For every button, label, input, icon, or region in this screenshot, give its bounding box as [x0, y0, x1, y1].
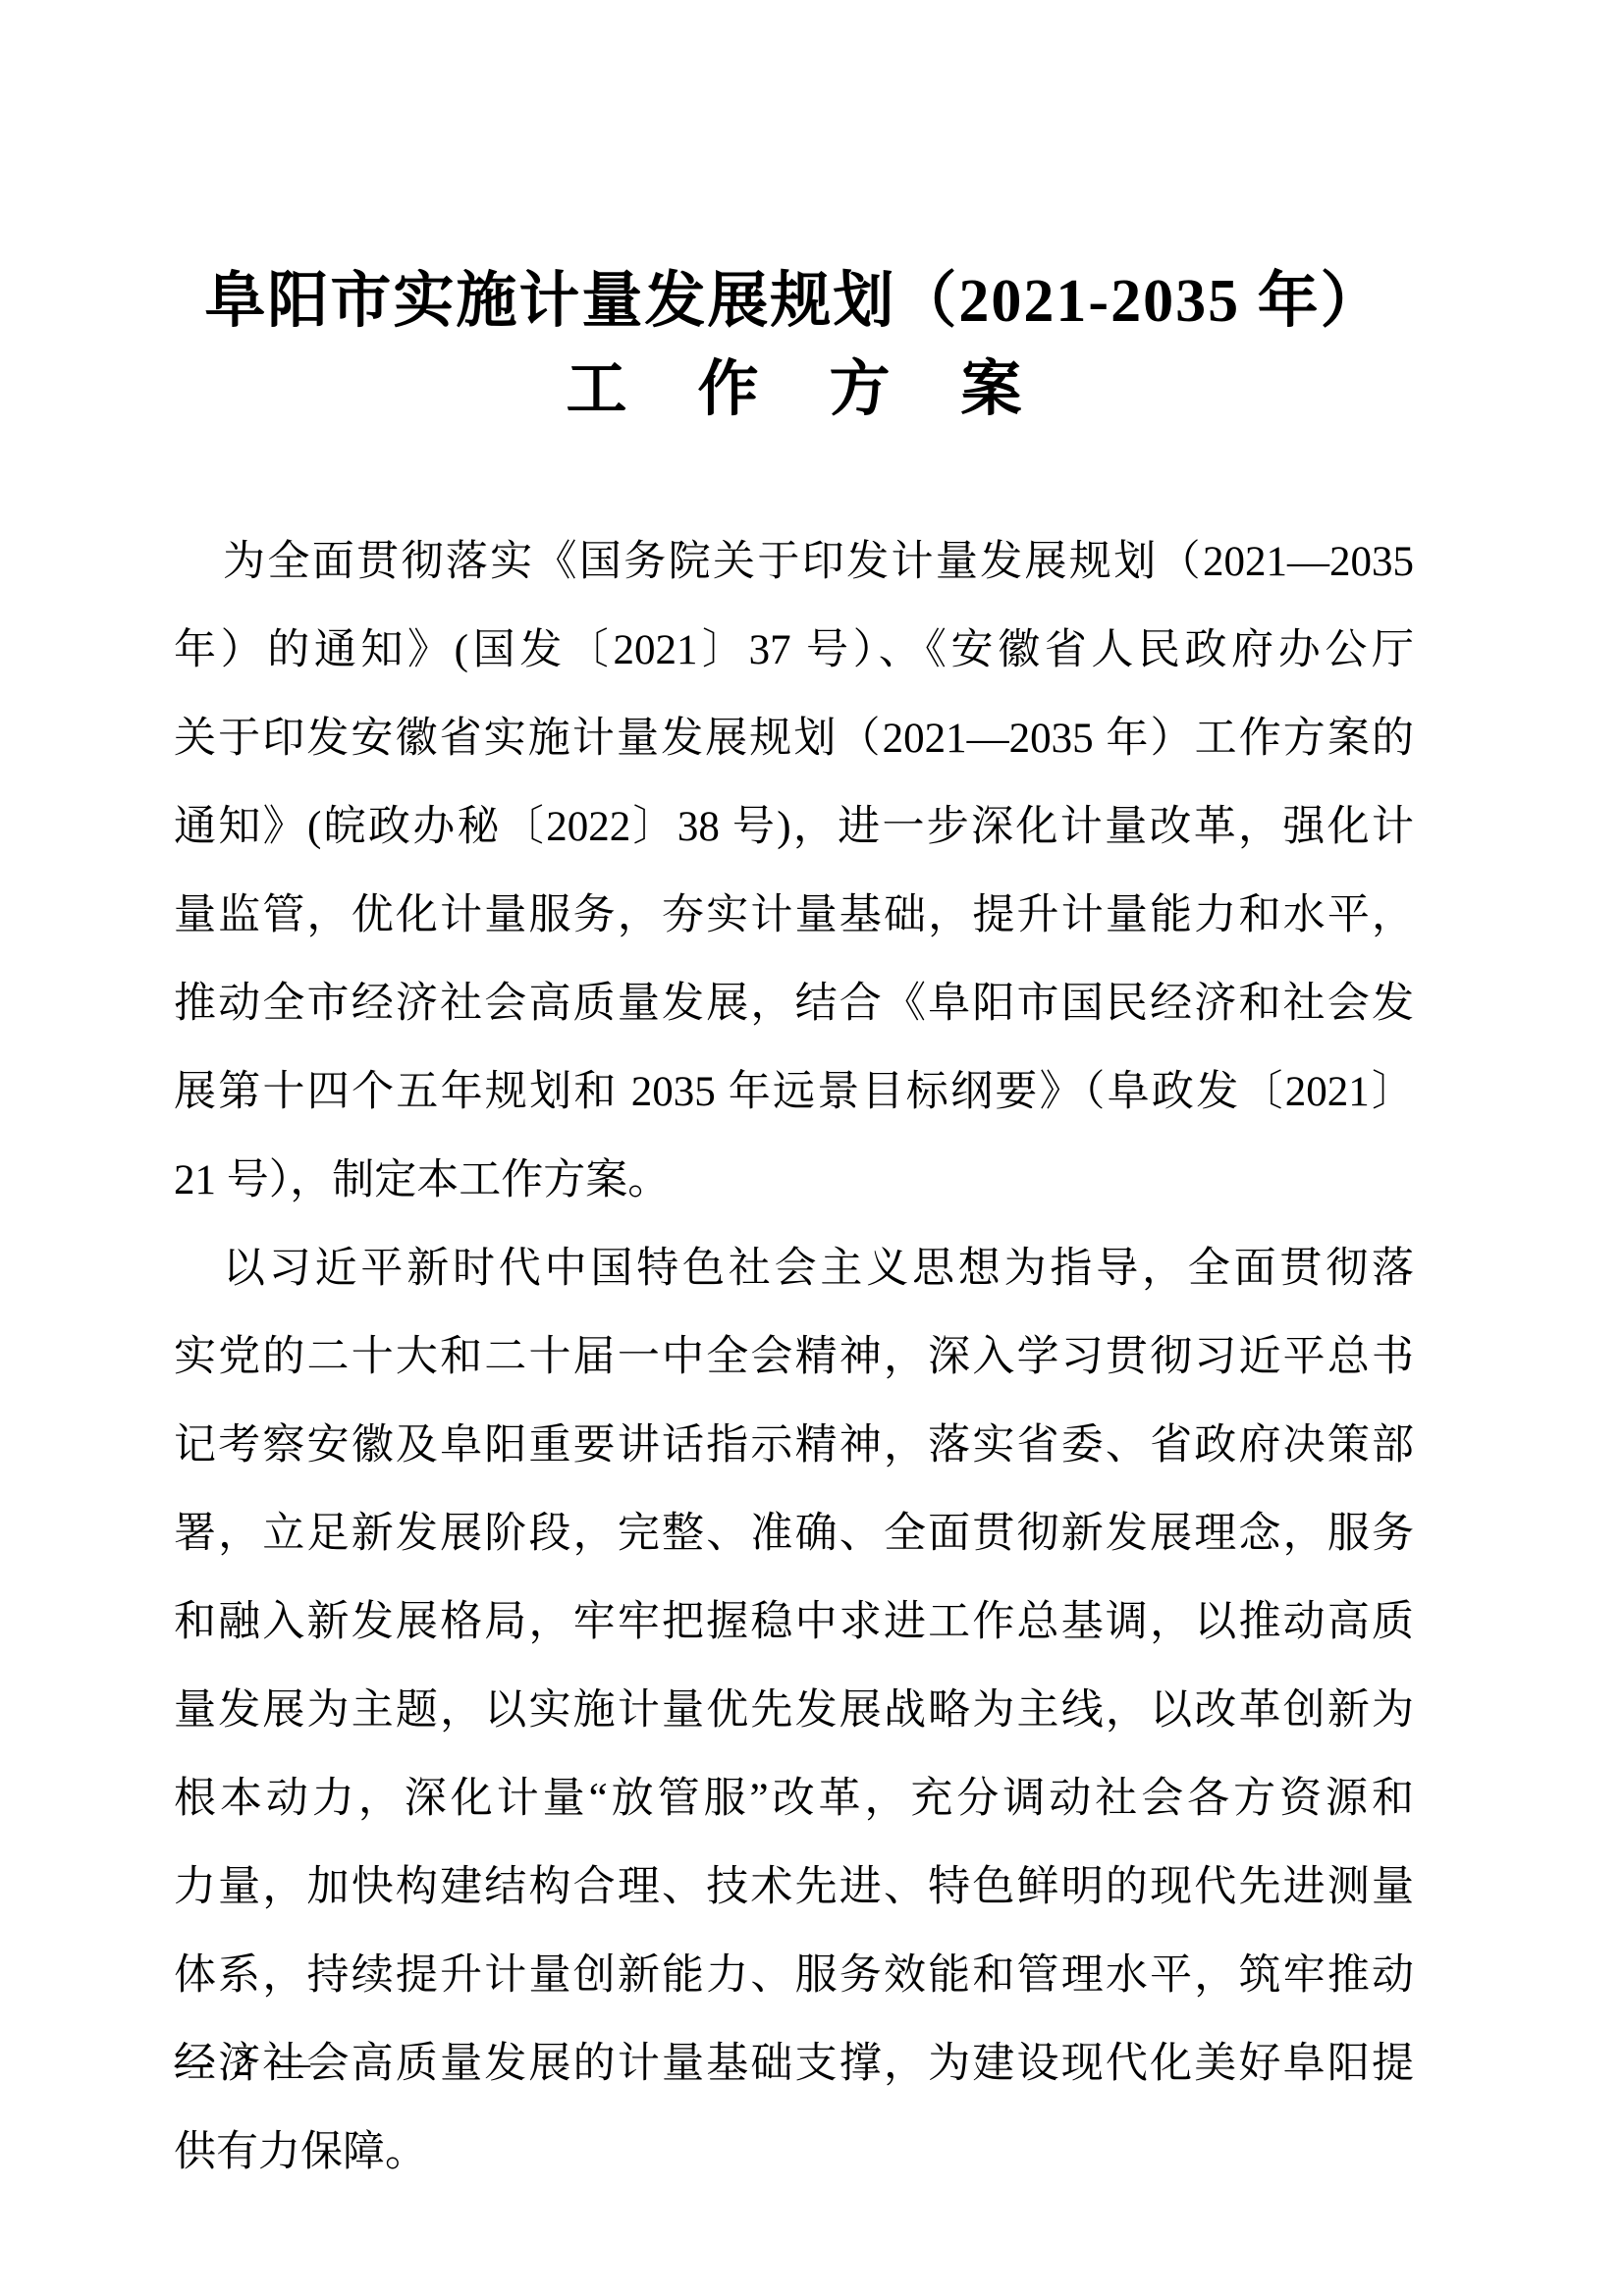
body-line: 实党的二十大和二十届一中全会精神，深入学习贯彻习近平总书: [174, 1313, 1414, 1402]
body-line: 和融入新发展格局，牢牢把握稳中求进工作总基调，以推动高质: [174, 1578, 1414, 1667]
page-number: — 2 —: [175, 2040, 316, 2087]
body-line: 展第十四个五年规划和 2035 年远景目标纲要》（阜政发〔2021〕: [174, 1048, 1414, 1137]
document-body: 为全面贯彻落实《国务院关于印发计量发展规划（2021—2035年）的通知》(国发…: [174, 518, 1414, 2197]
body-line: 供有力保障。: [174, 2109, 1414, 2197]
body-line: 量监管，优化计量服务，夯实计量基础，提升计量能力和水平，: [174, 872, 1414, 960]
body-line: 通知》(皖政办秘〔2022〕38 号)，进一步深化计量改革，强化计: [174, 783, 1414, 872]
body-line: 经济社会高质量发展的计量基础支撑，为建设现代化美好阜阳提: [174, 2020, 1414, 2109]
document-page: 阜阳市实施计量发展规划（2021-2035 年） 工作方案 为全面贯彻落实《国务…: [0, 0, 1624, 2296]
body-line: 年）的通知》(国发〔2021〕37 号）、《安徽省人民政府办公厅: [174, 607, 1414, 695]
body-line: 署，立足新发展阶段，完整、准确、全面贯彻新发展理念，服务: [174, 1490, 1414, 1578]
body-line: 量发展为主题，以实施计量优先发展战略为主线，以改革创新为: [174, 1667, 1414, 1755]
document-title: 阜阳市实施计量发展规划（2021-2035 年） 工作方案: [174, 257, 1414, 434]
body-line: 推动全市经济社会高质量发展，结合《阜阳市国民经济和社会发: [174, 960, 1414, 1048]
body-line: 记考察安徽及阜阳重要讲话指示精神，落实省委、省政府决策部: [174, 1402, 1414, 1490]
body-line: 以习近平新时代中国特色社会主义思想为指导，全面贯彻落: [174, 1225, 1414, 1313]
body-line: 体系，持续提升计量创新能力、服务效能和管理水平，筑牢推动: [174, 1932, 1414, 2020]
body-line: 21 号），制定本工作方案。: [174, 1137, 1414, 1225]
body-line: 力量，加快构建结构合理、技术先进、特色鲜明的现代先进测量: [174, 1843, 1414, 1932]
body-line: 为全面贯彻落实《国务院关于印发计量发展规划（2021—2035: [174, 518, 1414, 607]
document-title-line2: 工作方案: [174, 346, 1414, 434]
content-column: 阜阳市实施计量发展规划（2021-2035 年） 工作方案 为全面贯彻落实《国务…: [174, 0, 1414, 2197]
body-line: 关于印发安徽省实施计量发展规划（2021—2035 年）工作方案的: [174, 695, 1414, 783]
document-title-line1: 阜阳市实施计量发展规划（2021-2035 年）: [174, 257, 1414, 346]
body-line: 根本动力，深化计量“放管服”改革，充分调动社会各方资源和: [174, 1755, 1414, 1843]
